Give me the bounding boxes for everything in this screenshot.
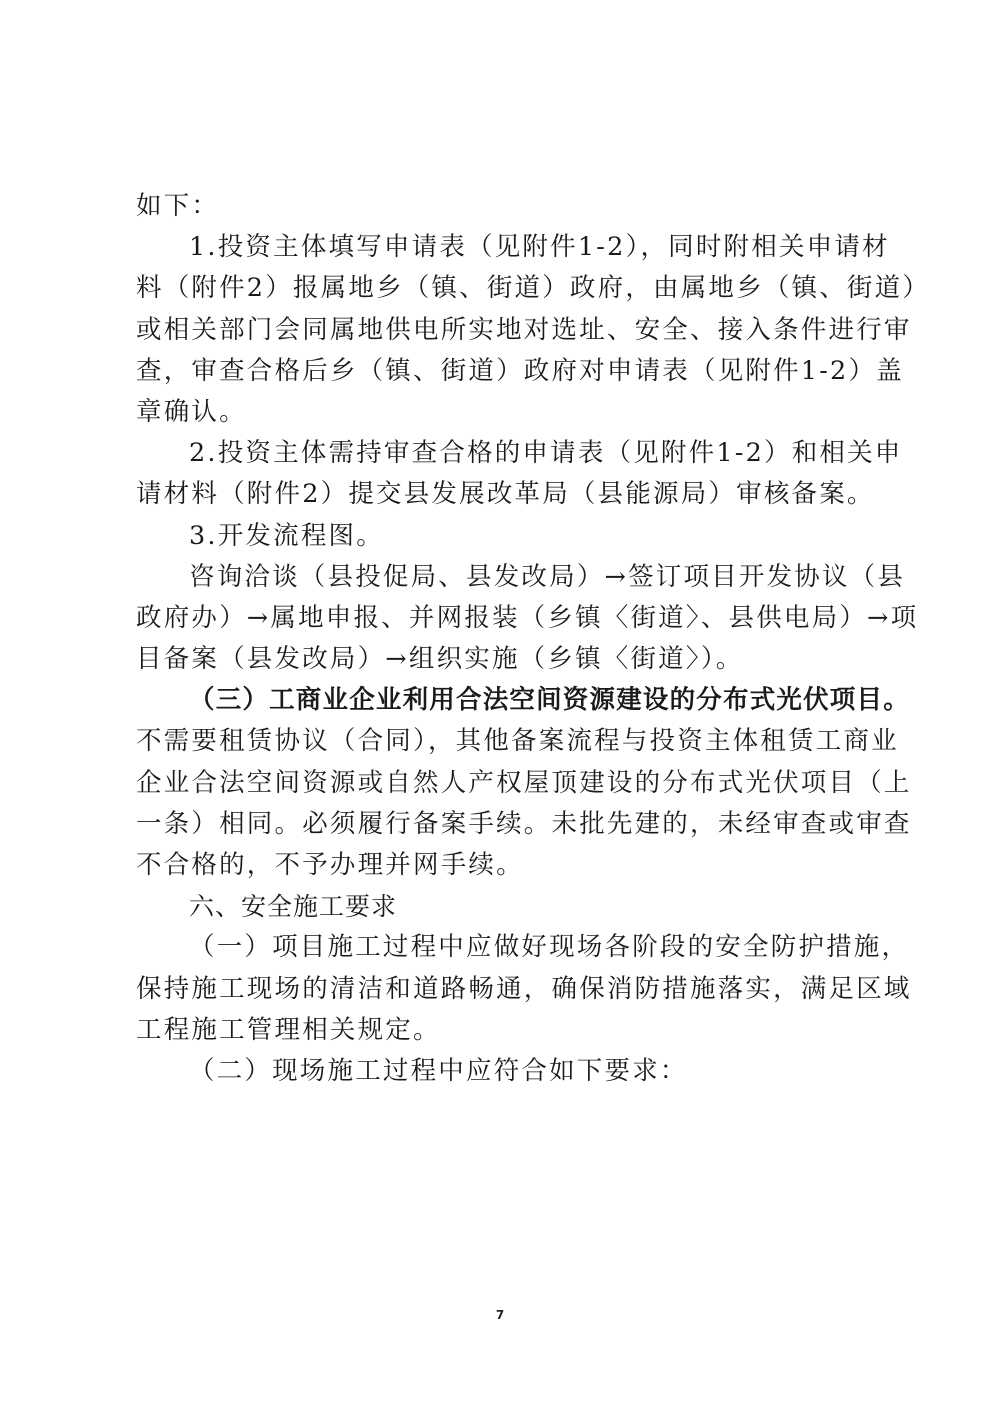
text-line: 查，审查合格后乡（镇、街道）政府对申请表（见附件1-2）盖 (136, 351, 878, 392)
text-line-item-1: 1.投资主体填写申请表（见附件1-2），同时附相关申请材 (136, 227, 878, 268)
text-line: 请材料（附件2）提交县发展改革局（县能源局）审核备案。 (136, 474, 878, 515)
text-line-item-3: 3.开发流程图。 (136, 516, 878, 557)
page-number: 7 (0, 1308, 1000, 1322)
text-line: 或相关部门会同属地供电所实地对选址、安全、接入条件进行审 (136, 310, 878, 351)
flowchart-text-line: 咨询洽谈（县投促局、县发改局）→签订项目开发协议（县 (136, 557, 878, 598)
document-page: 如下： 1.投资主体填写申请表（见附件1-2），同时附相关申请材 料（附件2）报… (0, 0, 1000, 1414)
text-line: 章确认。 (136, 392, 878, 433)
section-heading-6: 六、安全施工要求 (136, 886, 878, 927)
text-line: 不合格的，不予办理并网手续。 (136, 845, 878, 886)
text-line-continuation: 如下： (136, 186, 878, 227)
text-line-item-2: 2.投资主体需持审查合格的申请表（见附件1-2）和相关申 (136, 433, 878, 474)
text-line: 一条）相同。必须履行备案手续。未批先建的，未经审查或审查 (136, 804, 878, 845)
text-line-subitem-2: （二）现场施工过程中应符合如下要求： (136, 1051, 878, 1092)
flowchart-text-line: 目备案（县发改局）→组织实施（乡镇〈街道〉）。 (136, 639, 878, 680)
text-line: 企业合法空间资源或自然人产权屋顶建设的分布式光伏项目（上 (136, 763, 878, 804)
subsection-title-3: （三）工商业企业利用合法空间资源建设的分布式光伏项目。 (136, 680, 878, 721)
text-line: 不需要租赁协议（合同），其他备案流程与投资主体租赁工商业 (136, 721, 878, 762)
text-line: 工程施工管理相关规定。 (136, 1010, 878, 1051)
text-line-subitem-1: （一）项目施工过程中应做好现场各阶段的安全防护措施， (136, 927, 878, 968)
text-line: 料（附件2）报属地乡（镇、街道）政府，由属地乡（镇、街道） (136, 268, 878, 309)
flowchart-text-line: 政府办）→属地申报、并网报装（乡镇〈街道〉、县供电局）→项 (136, 598, 878, 639)
document-body: 如下： 1.投资主体填写申请表（见附件1-2），同时附相关申请材 料（附件2）报… (136, 186, 878, 1092)
text-line: 保持施工现场的清洁和道路畅通，确保消防措施落实，满足区域 (136, 969, 878, 1010)
